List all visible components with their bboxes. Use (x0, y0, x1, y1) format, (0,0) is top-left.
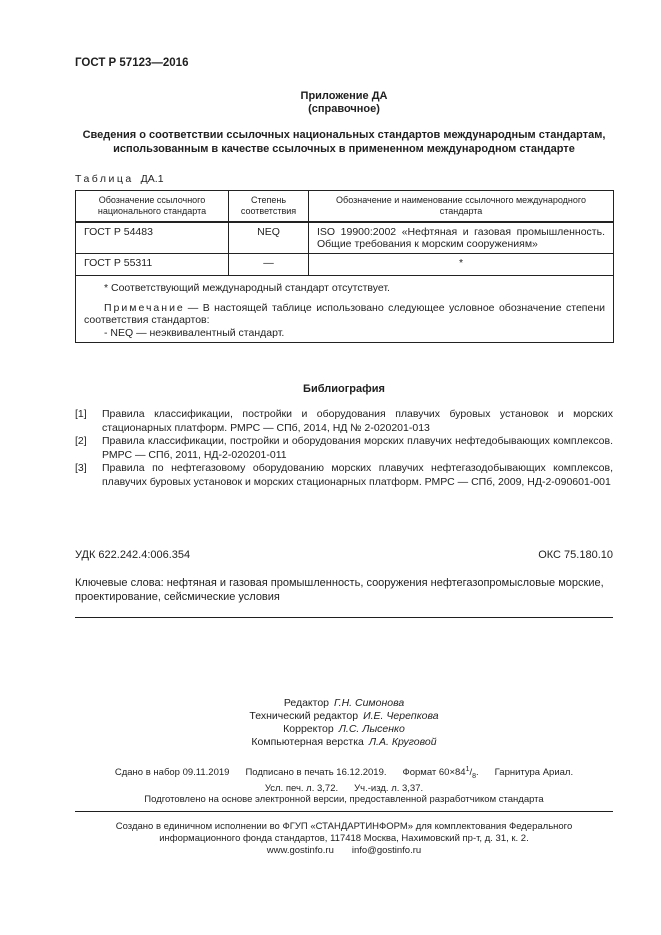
keywords-paragraph: Ключевые слова: нефтяная и газовая промы… (75, 577, 613, 604)
table-footnote: * Соответствующий международный стандарт… (84, 282, 605, 295)
appendix-subtitle: (справочное) (75, 103, 613, 116)
table-row: ГОСТ Р 55311 — * (76, 254, 614, 276)
credit-name: Г.Н. Симонова (334, 697, 404, 709)
credit-line-technical-editor: Технический редакторИ.Е. Черепкова (75, 710, 613, 723)
bibliography-item-text: Правила по нефтегазовому оборудованию мо… (102, 462, 613, 489)
column-header-international-standard: Обозначение и наименование ссылочного ме… (309, 191, 614, 223)
imprint-contacts: www.gostinfo.ruinfo@gostinfo.ru (75, 845, 613, 857)
credit-name: Л.А. Круговой (369, 736, 437, 748)
bibliography-item: [3] Правила по нефтегазовому оборудовани… (75, 462, 613, 489)
publisher-email: info@gostinfo.ru (352, 845, 421, 856)
bibliography-item: [1] Правила классификации, постройки и о… (75, 408, 613, 435)
bibliography-list: [1] Правила классификации, постройки и о… (75, 408, 613, 489)
appendix-heading: Сведения о соответствии ссылочных национ… (75, 129, 613, 156)
credits-block: РедакторГ.Н. Симонова Технический редакт… (75, 697, 613, 749)
cell-national-standard: ГОСТ Р 55311 (76, 254, 229, 276)
page-content: ГОСТ Р 57123—2016 Приложение ДА (справоч… (75, 0, 613, 857)
cell-degree: NEQ (229, 222, 309, 254)
oks-code: ОКС 75.180.10 (538, 549, 613, 561)
table-note-item: - NEQ — неэквивалентный стандарт. (84, 327, 605, 340)
table-caption-id: ДА.1 (141, 173, 164, 185)
colophon-usl-pech: Усл. печ. л. 3,72. (265, 783, 338, 794)
credit-line-proofreader: КорректорЛ.С. Лысенко (75, 723, 613, 736)
bibliography-item-text: Правила классификации, постройки и обору… (102, 435, 613, 462)
imprint-text: Создано в единичном исполнении во ФГУП «… (75, 821, 613, 845)
doc-number: ГОСТ Р 57123—2016 (75, 0, 613, 69)
divider-line (75, 617, 613, 618)
appendix-heading-line2: использованным в качестве ссылочных в пр… (75, 143, 613, 157)
credit-name: И.Е. Черепкова (363, 710, 439, 722)
appendix-title: Приложение ДА (75, 90, 613, 103)
bibliography-item-number: [1] (75, 408, 102, 435)
colophon-prepared-note: Подготовлено на основе электронной верси… (75, 794, 613, 806)
credit-line-layout: Компьютерная версткаЛ.А. Круговой (75, 736, 613, 749)
publisher-website: www.gostinfo.ru (267, 845, 334, 856)
table-footnote-cell: * Соответствующий международный стандарт… (76, 276, 614, 343)
colophon-format: Формат 60×841/8. (403, 767, 479, 778)
credit-role: Технический редактор (249, 710, 358, 722)
table-note: Примечание— В настоящей таблице использо… (84, 302, 605, 327)
cell-international-standard: * (309, 254, 614, 276)
colophon-uch-izd: Уч.-изд. л. 3,37. (354, 783, 423, 794)
bibliography-item-number: [3] (75, 462, 102, 489)
credit-line-editor: РедакторГ.Н. Симонова (75, 697, 613, 710)
cell-international-standard: ISO 19900:2002 «Нефтяная и газовая промы… (309, 222, 614, 254)
udk-code: УДК 622.242.4:006.354 (75, 549, 190, 561)
colophon-line-1: Сдано в набор 09.11.2019Подписано в печа… (75, 764, 613, 783)
standards-correspondence-table: Обозначение ссылочного национального ста… (75, 190, 614, 343)
table-footnote-row: * Соответствующий международный стандарт… (76, 276, 614, 343)
table-caption-word: Таблица (75, 173, 134, 185)
colophon-line-2: Усл. печ. л. 3,72.Уч.-изд. л. 3,37. (75, 783, 613, 795)
credit-role: Корректор (283, 723, 334, 735)
classification-codes-row: УДК 622.242.4:006.354 ОКС 75.180.10 (75, 549, 613, 561)
colophon-set-date: Сдано в набор 09.11.2019 (115, 767, 230, 778)
document-page: ГОСТ Р 57123—2016 Приложение ДА (справоч… (0, 0, 661, 935)
credit-name: Л.С. Лысенко (339, 723, 405, 735)
table-row: ГОСТ Р 54483 NEQ ISO 19900:2002 «Нефтяна… (76, 222, 614, 254)
table-header-row: Обозначение ссылочного национального ста… (76, 191, 614, 223)
colophon-block: Сдано в набор 09.11.2019Подписано в печа… (75, 764, 613, 806)
appendix-heading-line1: Сведения о соответствии ссылочных национ… (75, 129, 613, 143)
bibliography-item: [2] Правила классификации, постройки и о… (75, 435, 613, 462)
table-caption: ТаблицаДА.1 (75, 173, 613, 185)
credit-role: Редактор (284, 697, 329, 709)
bibliography-item-text: Правила классификации, постройки и обору… (102, 408, 613, 435)
colophon-typeface: Гарнитура Ариал. (495, 767, 573, 778)
bibliography-title: Библиография (75, 383, 613, 395)
table-note-label: Примечание (104, 302, 185, 314)
credit-role: Компьютерная верстка (251, 736, 363, 748)
bibliography-item-number: [2] (75, 435, 102, 462)
colophon-print-date: Подписано в печать 16.12.2019. (245, 767, 386, 778)
column-header-national-standard: Обозначение ссылочного национального ста… (76, 191, 229, 223)
divider-line (75, 811, 613, 812)
column-header-degree: Степень соответствия (229, 191, 309, 223)
cell-degree: — (229, 254, 309, 276)
cell-national-standard: ГОСТ Р 54483 (76, 222, 229, 254)
